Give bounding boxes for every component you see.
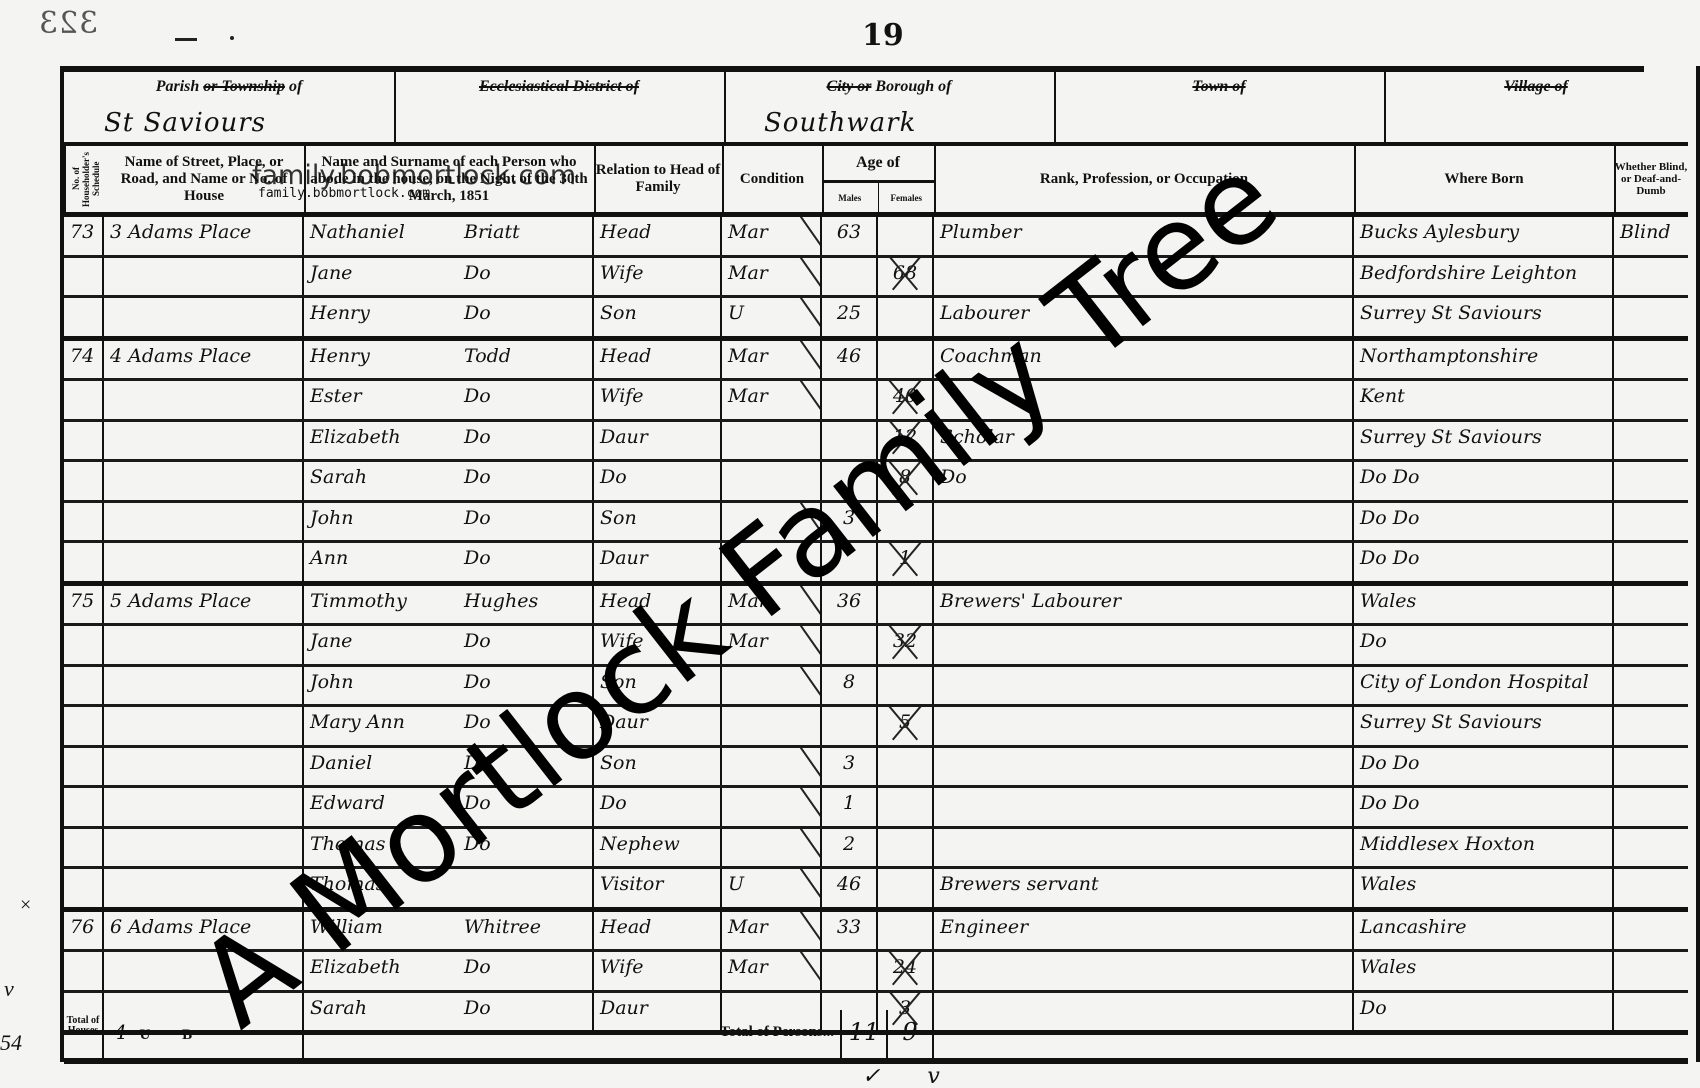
census-rows: 733 Adams PlaceNathanielBriattHeadMar63P… [64, 217, 1688, 1035]
relation-value: Son [600, 507, 637, 529]
blind-value: Blind [1620, 221, 1671, 243]
forename: Jane [310, 630, 352, 652]
total-persons-label: Total of Persons... [304, 1010, 842, 1058]
cell-condition: Mar [722, 586, 822, 624]
col-males: Males [822, 183, 879, 212]
cell-occupation [934, 543, 1354, 581]
surname: Do [464, 547, 491, 569]
cell-male [822, 462, 878, 500]
male-value: 2 [843, 833, 855, 855]
cell-male [822, 258, 878, 296]
cell-blind [1614, 829, 1688, 867]
cell-occupation: Brewers servant [934, 869, 1354, 907]
cell-street [104, 707, 304, 745]
born-value: Middlesex Hoxton [1360, 833, 1535, 855]
cell-occupation [934, 788, 1354, 826]
tally-slash-icon [799, 586, 822, 624]
tally-slash-icon [799, 503, 822, 541]
page-reference-number: 323 [38, 6, 98, 41]
table-row: 744 Adams PlaceHenryToddHeadMar46Coachma… [64, 341, 1688, 382]
region-label: City or Borough of [724, 78, 1054, 96]
relation-value: Head [600, 345, 651, 367]
table-row: JohnDoSon3Do Do [64, 503, 1688, 544]
cell-relation: Wife [594, 381, 722, 419]
building-label: B [182, 1027, 192, 1043]
female-value: 24 [893, 956, 917, 978]
cell-relation: Son [594, 298, 722, 336]
born-value: Surrey St Saviours [1360, 426, 1542, 448]
cell-condition [722, 748, 822, 786]
condition-value: Mar [728, 345, 768, 367]
cell-street [104, 788, 304, 826]
cell-male: 25 [822, 298, 878, 336]
region-value: Southwark [764, 108, 916, 138]
surname: Briatt [464, 221, 520, 243]
surname: Do [464, 507, 491, 529]
cell-relation: Daur [594, 543, 722, 581]
cell-female [878, 341, 934, 379]
cell-relation: Head [594, 341, 722, 379]
forename: William [310, 916, 383, 938]
cell-name: Mary AnnDo [304, 707, 594, 745]
born-value: Kent [1360, 385, 1405, 407]
cell-relation: Wife [594, 952, 722, 990]
cell-born: Do Do [1354, 462, 1614, 500]
cell-name: EdwardDo [304, 788, 594, 826]
cell-female: 8 [878, 462, 934, 500]
cell-schedule [64, 707, 104, 745]
male-value: 3 [843, 752, 855, 774]
cell-male [822, 952, 878, 990]
cell-occupation: Engineer [934, 912, 1354, 950]
cell-relation: Nephew [594, 829, 722, 867]
relation-value: Head [600, 221, 651, 243]
cell-street: 5 Adams Place [104, 586, 304, 624]
cell-born: City of London Hospital [1354, 667, 1614, 705]
relation-value: Son [600, 671, 637, 693]
cell-name: SarahDo [304, 462, 594, 500]
table-row: ThomasVisitorU46Brewers servantWales [64, 869, 1688, 912]
surname: Whitree [464, 916, 541, 938]
cell-relation: Daur [594, 707, 722, 745]
cell-street [104, 422, 304, 460]
cell-condition: Mar [722, 952, 822, 990]
cell-female: 5 [878, 707, 934, 745]
born-value: Do Do [1360, 547, 1419, 569]
cell-male: 3 [822, 748, 878, 786]
forename: Mary Ann [310, 711, 405, 733]
street-value: 3 Adams Place [110, 221, 251, 243]
total-males: 11 [842, 1010, 888, 1058]
cell-blind [1614, 869, 1688, 907]
cell-schedule [64, 829, 104, 867]
cell-occupation [934, 667, 1354, 705]
cell-name: NathanielBriatt [304, 217, 594, 255]
cell-schedule [64, 258, 104, 296]
totals-row: Total of Houses 4 U B Total of Persons..… [64, 1010, 1688, 1064]
forename: Jane [310, 262, 352, 284]
tally-slash-icon [799, 626, 822, 664]
cell-female [878, 503, 934, 541]
cell-schedule: 75 [64, 586, 104, 624]
relation-value: Do [600, 466, 627, 488]
cell-name: DanielDo [304, 748, 594, 786]
relation-value: Son [600, 752, 637, 774]
region-3: Town of [1054, 72, 1386, 142]
cell-male [822, 707, 878, 745]
cell-male: 1 [822, 788, 878, 826]
born-value: City of London Hospital [1360, 671, 1589, 693]
forename: Elizabeth [310, 956, 401, 978]
street-value: 4 Adams Place [110, 345, 251, 367]
forename: Edward [310, 792, 385, 814]
houses-count: 4 [114, 1020, 127, 1044]
born-value: Do [1360, 630, 1387, 652]
cell-born: Surrey St Saviours [1354, 707, 1614, 745]
forename: Sarah [310, 466, 367, 488]
census-sheet: Parish or Township ofSt Saviours Ecclesi… [60, 66, 1700, 1062]
cell-male: 36 [822, 586, 878, 624]
cell-condition [722, 829, 822, 867]
cell-born: Do Do [1354, 543, 1614, 581]
female-value: 40 [893, 385, 917, 407]
female-value: 1 [899, 547, 911, 569]
cell-female [878, 667, 934, 705]
cell-condition: U [722, 869, 822, 907]
cell-schedule [64, 626, 104, 664]
cell-female [878, 586, 934, 624]
margin-x-mark: × [20, 894, 31, 917]
cell-schedule: 73 [64, 217, 104, 255]
table-row: 755 Adams PlaceTimmothyHughesHeadMar36Br… [64, 586, 1688, 627]
cell-schedule [64, 422, 104, 460]
cell-born: Bedfordshire Leighton [1354, 258, 1614, 296]
surname: Do [464, 385, 491, 407]
cell-condition [722, 788, 822, 826]
table-row: ElizabethDoWifeMar24Wales [64, 952, 1688, 993]
cell-female: 24 [878, 952, 934, 990]
cell-blind [1614, 707, 1688, 745]
cell-male [822, 543, 878, 581]
forename: Thomas [310, 833, 385, 855]
region-label: Ecclesiastical District of [394, 78, 724, 96]
margin-v-mark: v [4, 976, 14, 1002]
cell-male [822, 422, 878, 460]
cell-condition: U [722, 298, 822, 336]
cell-schedule [64, 869, 104, 907]
cell-occupation: Scholar [934, 422, 1354, 460]
checker-ticks: ✓ v [862, 1064, 960, 1088]
cell-name: ThomasDo [304, 829, 594, 867]
surname: Todd [464, 345, 511, 367]
condition-value: Mar [728, 262, 768, 284]
cell-name: ElizabethDo [304, 422, 594, 460]
male-value: 33 [837, 916, 861, 938]
cell-born: Middlesex Hoxton [1354, 829, 1614, 867]
condition-value: Mar [728, 916, 768, 938]
relation-value: Son [600, 302, 637, 324]
region-4: Village of [1384, 72, 1688, 142]
cell-blind [1614, 341, 1688, 379]
cell-male: 46 [822, 341, 878, 379]
born-value: Do Do [1360, 466, 1419, 488]
cell-female [878, 298, 934, 336]
relation-value: Wife [600, 630, 644, 652]
born-value: Wales [1360, 590, 1416, 612]
decorative-dash [175, 38, 197, 41]
age-of-label: Age of [822, 146, 934, 183]
cell-blind [1614, 543, 1688, 581]
forename: Daniel [310, 752, 372, 774]
tally-slash-icon [799, 217, 822, 255]
cell-blind [1614, 788, 1688, 826]
male-value: 1 [843, 792, 855, 814]
cell-street [104, 543, 304, 581]
condition-value: Mar [728, 385, 768, 407]
cell-name: ElizabethDo [304, 952, 594, 990]
cell-blind [1614, 912, 1688, 950]
cell-occupation [934, 381, 1354, 419]
cell-relation: Son [594, 667, 722, 705]
occupation-value: Do [940, 466, 967, 488]
region-label: Parish or Township of [64, 78, 394, 96]
occupation-value: Engineer [940, 916, 1028, 938]
surname: Do [464, 262, 491, 284]
born-value: Surrey St Saviours [1360, 711, 1542, 733]
margin-number: 54 [0, 1030, 22, 1056]
cell-born: Northamptonshire [1354, 341, 1614, 379]
cell-condition: Mar [722, 626, 822, 664]
tally-slash-icon [799, 829, 822, 867]
table-row: EdwardDoDo1Do Do [64, 788, 1688, 829]
cell-name: WilliamWhitree [304, 912, 594, 950]
cell-name: AnnDo [304, 543, 594, 581]
male-value: 46 [837, 345, 861, 367]
cell-relation: Head [594, 217, 722, 255]
female-value: 32 [893, 630, 917, 652]
cell-born: Do [1354, 626, 1614, 664]
cell-female [878, 829, 934, 867]
condition-value: Mar [728, 221, 768, 243]
forename: Nathaniel [310, 221, 405, 243]
cell-born: Wales [1354, 869, 1614, 907]
cell-schedule [64, 952, 104, 990]
col-where-born: Where Born [1354, 146, 1616, 212]
occupation-value: Plumber [940, 221, 1022, 243]
table-row: 733 Adams PlaceNathanielBriattHeadMar63P… [64, 217, 1688, 258]
total-houses-value: 4 U B [104, 1010, 304, 1058]
cell-blind [1614, 952, 1688, 990]
cell-relation: Daur [594, 422, 722, 460]
forename: Henry [310, 302, 370, 324]
uninhabited-label: U [139, 1027, 150, 1043]
cell-street [104, 667, 304, 705]
relation-value: Daur [600, 711, 648, 733]
cell-blind [1614, 586, 1688, 624]
cell-condition [722, 543, 822, 581]
female-value: 12 [893, 426, 917, 448]
region-label: Town of [1054, 78, 1384, 96]
cell-born: Kent [1354, 381, 1614, 419]
cell-born: Do Do [1354, 748, 1614, 786]
condition-value: Mar [728, 630, 768, 652]
male-value: 46 [837, 873, 861, 895]
cell-condition: Mar [722, 258, 822, 296]
forename: John [310, 671, 354, 693]
table-row: ThomasDoNephew2Middlesex Hoxton [64, 829, 1688, 870]
total-females: 9 [888, 1010, 934, 1058]
cell-name: Thomas [304, 869, 594, 907]
cell-condition [722, 503, 822, 541]
male-value: 25 [837, 302, 861, 324]
cell-street [104, 869, 304, 907]
cell-female: 12 [878, 422, 934, 460]
cell-name: JohnDo [304, 503, 594, 541]
relation-value: Visitor [600, 873, 663, 895]
page-number: 19 [862, 18, 904, 53]
region-1: Ecclesiastical District of [394, 72, 726, 142]
tally-slash-icon [799, 869, 822, 907]
surname: Hughes [464, 590, 538, 612]
table-row: DanielDoSon3Do Do [64, 748, 1688, 789]
cell-name: HenryTodd [304, 341, 594, 379]
cell-blind [1614, 422, 1688, 460]
cell-male [822, 381, 878, 419]
cell-street [104, 748, 304, 786]
cell-schedule: 74 [64, 341, 104, 379]
cell-male [822, 626, 878, 664]
cell-street [104, 829, 304, 867]
cell-condition [722, 707, 822, 745]
cell-male: 33 [822, 912, 878, 950]
cell-blind: Blind [1614, 217, 1688, 255]
occupation-value: Coachman [940, 345, 1042, 367]
forename: Elizabeth [310, 426, 401, 448]
tally-slash-icon [799, 788, 822, 826]
condition-value: U [728, 302, 744, 324]
region-label: Village of [1384, 78, 1688, 96]
tally-slash-icon [799, 381, 822, 419]
male-value: 8 [843, 671, 855, 693]
cell-street: 3 Adams Place [104, 217, 304, 255]
cell-female [878, 748, 934, 786]
region-2: City or Borough ofSouthwark [724, 72, 1056, 142]
cell-street [104, 626, 304, 664]
born-value: Wales [1360, 956, 1416, 978]
cell-blind [1614, 258, 1688, 296]
born-value: Lancashire [1360, 916, 1467, 938]
cell-condition: Mar [722, 341, 822, 379]
table-row: Mary AnnDoDaur5Surrey St Saviours [64, 707, 1688, 748]
cell-relation: Do [594, 788, 722, 826]
cell-female: 32 [878, 626, 934, 664]
cell-born: Surrey St Saviours [1354, 422, 1614, 460]
decorative-dot [230, 36, 234, 40]
cell-relation: Son [594, 748, 722, 786]
region-header: Parish or Township ofSt Saviours Ecclesi… [64, 72, 1688, 146]
cell-street [104, 462, 304, 500]
cell-condition [722, 422, 822, 460]
street-value: 5 Adams Place [110, 590, 251, 612]
cell-blind [1614, 626, 1688, 664]
cell-relation: Head [594, 912, 722, 950]
relation-value: Do [600, 792, 627, 814]
male-value: 63 [837, 221, 861, 243]
cell-female [878, 788, 934, 826]
watermark-url-small: family.bobmortlock.com [258, 186, 430, 201]
condition-value: U [728, 873, 744, 895]
cell-occupation: Plumber [934, 217, 1354, 255]
total-houses-label: Total of Houses [64, 1010, 104, 1058]
cell-blind [1614, 748, 1688, 786]
surname: Do [464, 302, 491, 324]
cell-schedule [64, 788, 104, 826]
table-row: JaneDoWifeMar32Do [64, 626, 1688, 667]
cell-blind [1614, 298, 1688, 336]
cell-born: Lancashire [1354, 912, 1614, 950]
cell-blind [1614, 503, 1688, 541]
cell-female [878, 217, 934, 255]
cell-relation: Son [594, 503, 722, 541]
male-value: 36 [837, 590, 861, 612]
relation-value: Daur [600, 547, 648, 569]
col-females: Females [879, 183, 935, 212]
col-blind: Whether Blind, or Deaf-and-Dumb [1614, 146, 1688, 212]
surname: Do [464, 833, 491, 855]
schedule-value: 76 [70, 916, 94, 938]
cell-born: Wales [1354, 952, 1614, 990]
table-row: ElizabethDoDaur12ScholarSurrey St Saviou… [64, 422, 1688, 463]
cell-street [104, 258, 304, 296]
cell-schedule [64, 748, 104, 786]
forename: Henry [310, 345, 370, 367]
born-value: Wales [1360, 873, 1416, 895]
schedule-value: 74 [70, 345, 94, 367]
born-value: Do Do [1360, 752, 1419, 774]
cell-street [104, 503, 304, 541]
relation-value: Head [600, 590, 651, 612]
cell-born: Do Do [1354, 788, 1614, 826]
col-schedule: No. of Householder's Schedule [64, 146, 106, 212]
tally-slash-icon [799, 298, 822, 336]
schedule-value: 75 [70, 590, 94, 612]
tally-slash-icon [799, 748, 822, 786]
cell-occupation [934, 258, 1354, 296]
cell-condition: Mar [722, 217, 822, 255]
tally-slash-icon [799, 667, 822, 705]
cell-occupation [934, 626, 1354, 664]
table-row: JaneDoWifeMar68Bedfordshire Leighton [64, 258, 1688, 299]
occupation-value: Labourer [940, 302, 1029, 324]
female-value: 5 [899, 711, 911, 733]
cell-occupation [934, 952, 1354, 990]
male-value: 3 [843, 507, 855, 529]
table-row: SarahDoDo8DoDo Do [64, 462, 1688, 503]
cell-male: 2 [822, 829, 878, 867]
cell-born: Wales [1354, 586, 1614, 624]
cell-male: 8 [822, 667, 878, 705]
surname: Do [464, 711, 491, 733]
cell-name: EsterDo [304, 381, 594, 419]
occupation-value: Brewers' Labourer [940, 590, 1121, 612]
condition-value: Mar [728, 590, 768, 612]
cell-blind [1614, 381, 1688, 419]
cell-occupation [934, 748, 1354, 786]
cell-schedule [64, 462, 104, 500]
cell-street: 6 Adams Place [104, 912, 304, 950]
cell-female [878, 912, 934, 950]
relation-value: Wife [600, 262, 644, 284]
